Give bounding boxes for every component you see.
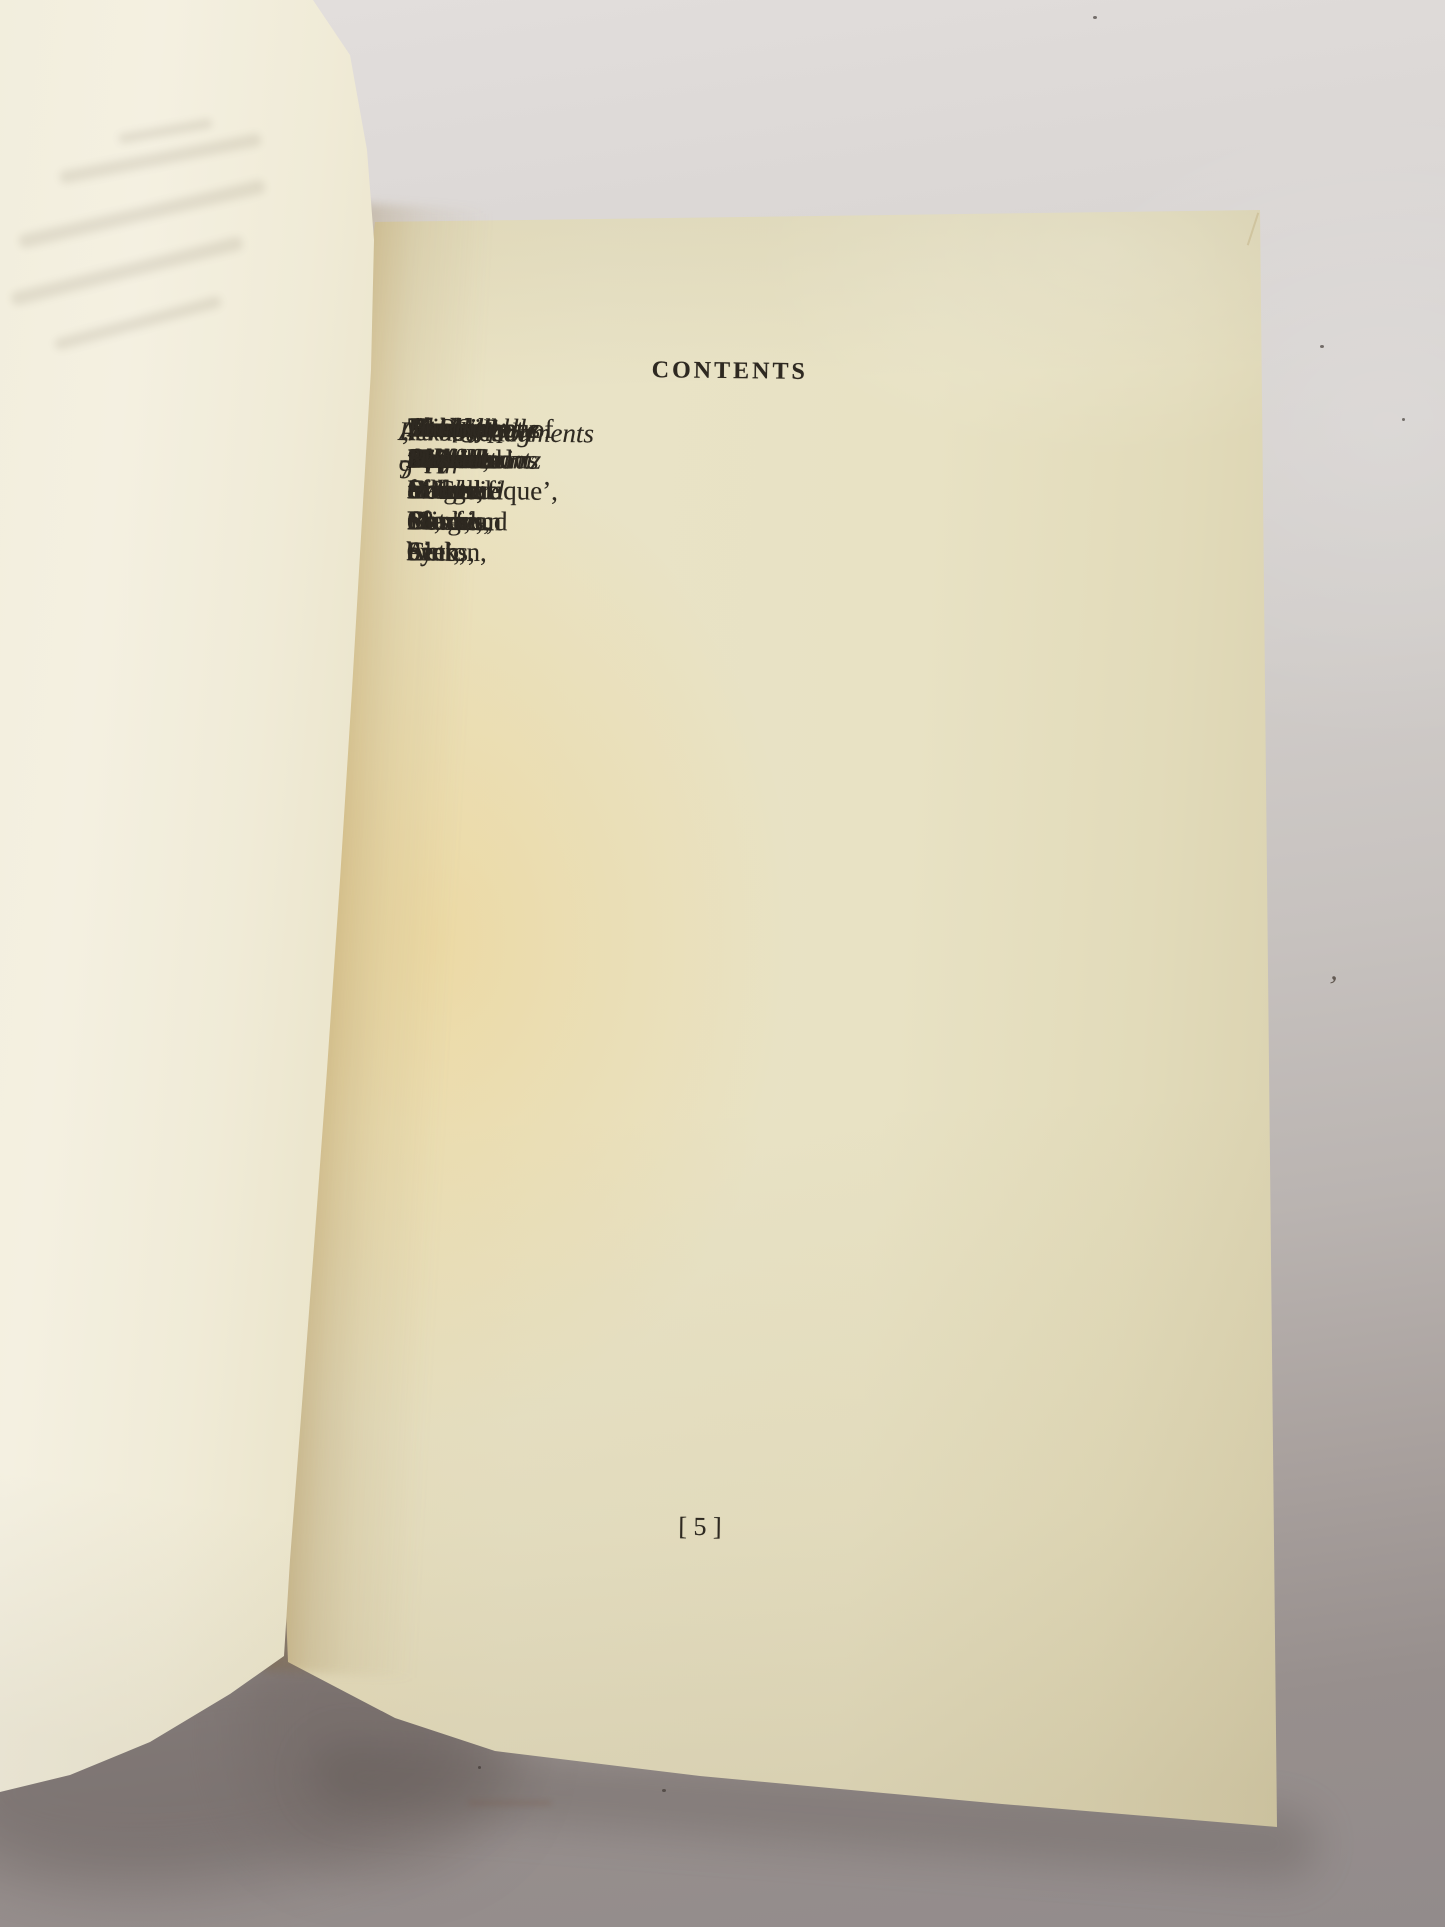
dust-speck <box>478 1766 481 1769</box>
dust-speck <box>1402 418 1405 421</box>
surface-smudge <box>468 1800 552 1806</box>
dust-speck <box>1320 345 1324 348</box>
surface-scratch-mark: ’ <box>1324 969 1341 1004</box>
dust-speck <box>662 1789 666 1792</box>
dust-speck <box>1093 16 1097 19</box>
toc-text-block: CONTENTS Acknowledgments, 7Introduction,… <box>399 352 1100 421</box>
open-book-photo: CONTENTS Acknowledgments, 7Introduction,… <box>0 0 1445 1927</box>
entry-text-segment: , 327 <box>408 412 449 474</box>
